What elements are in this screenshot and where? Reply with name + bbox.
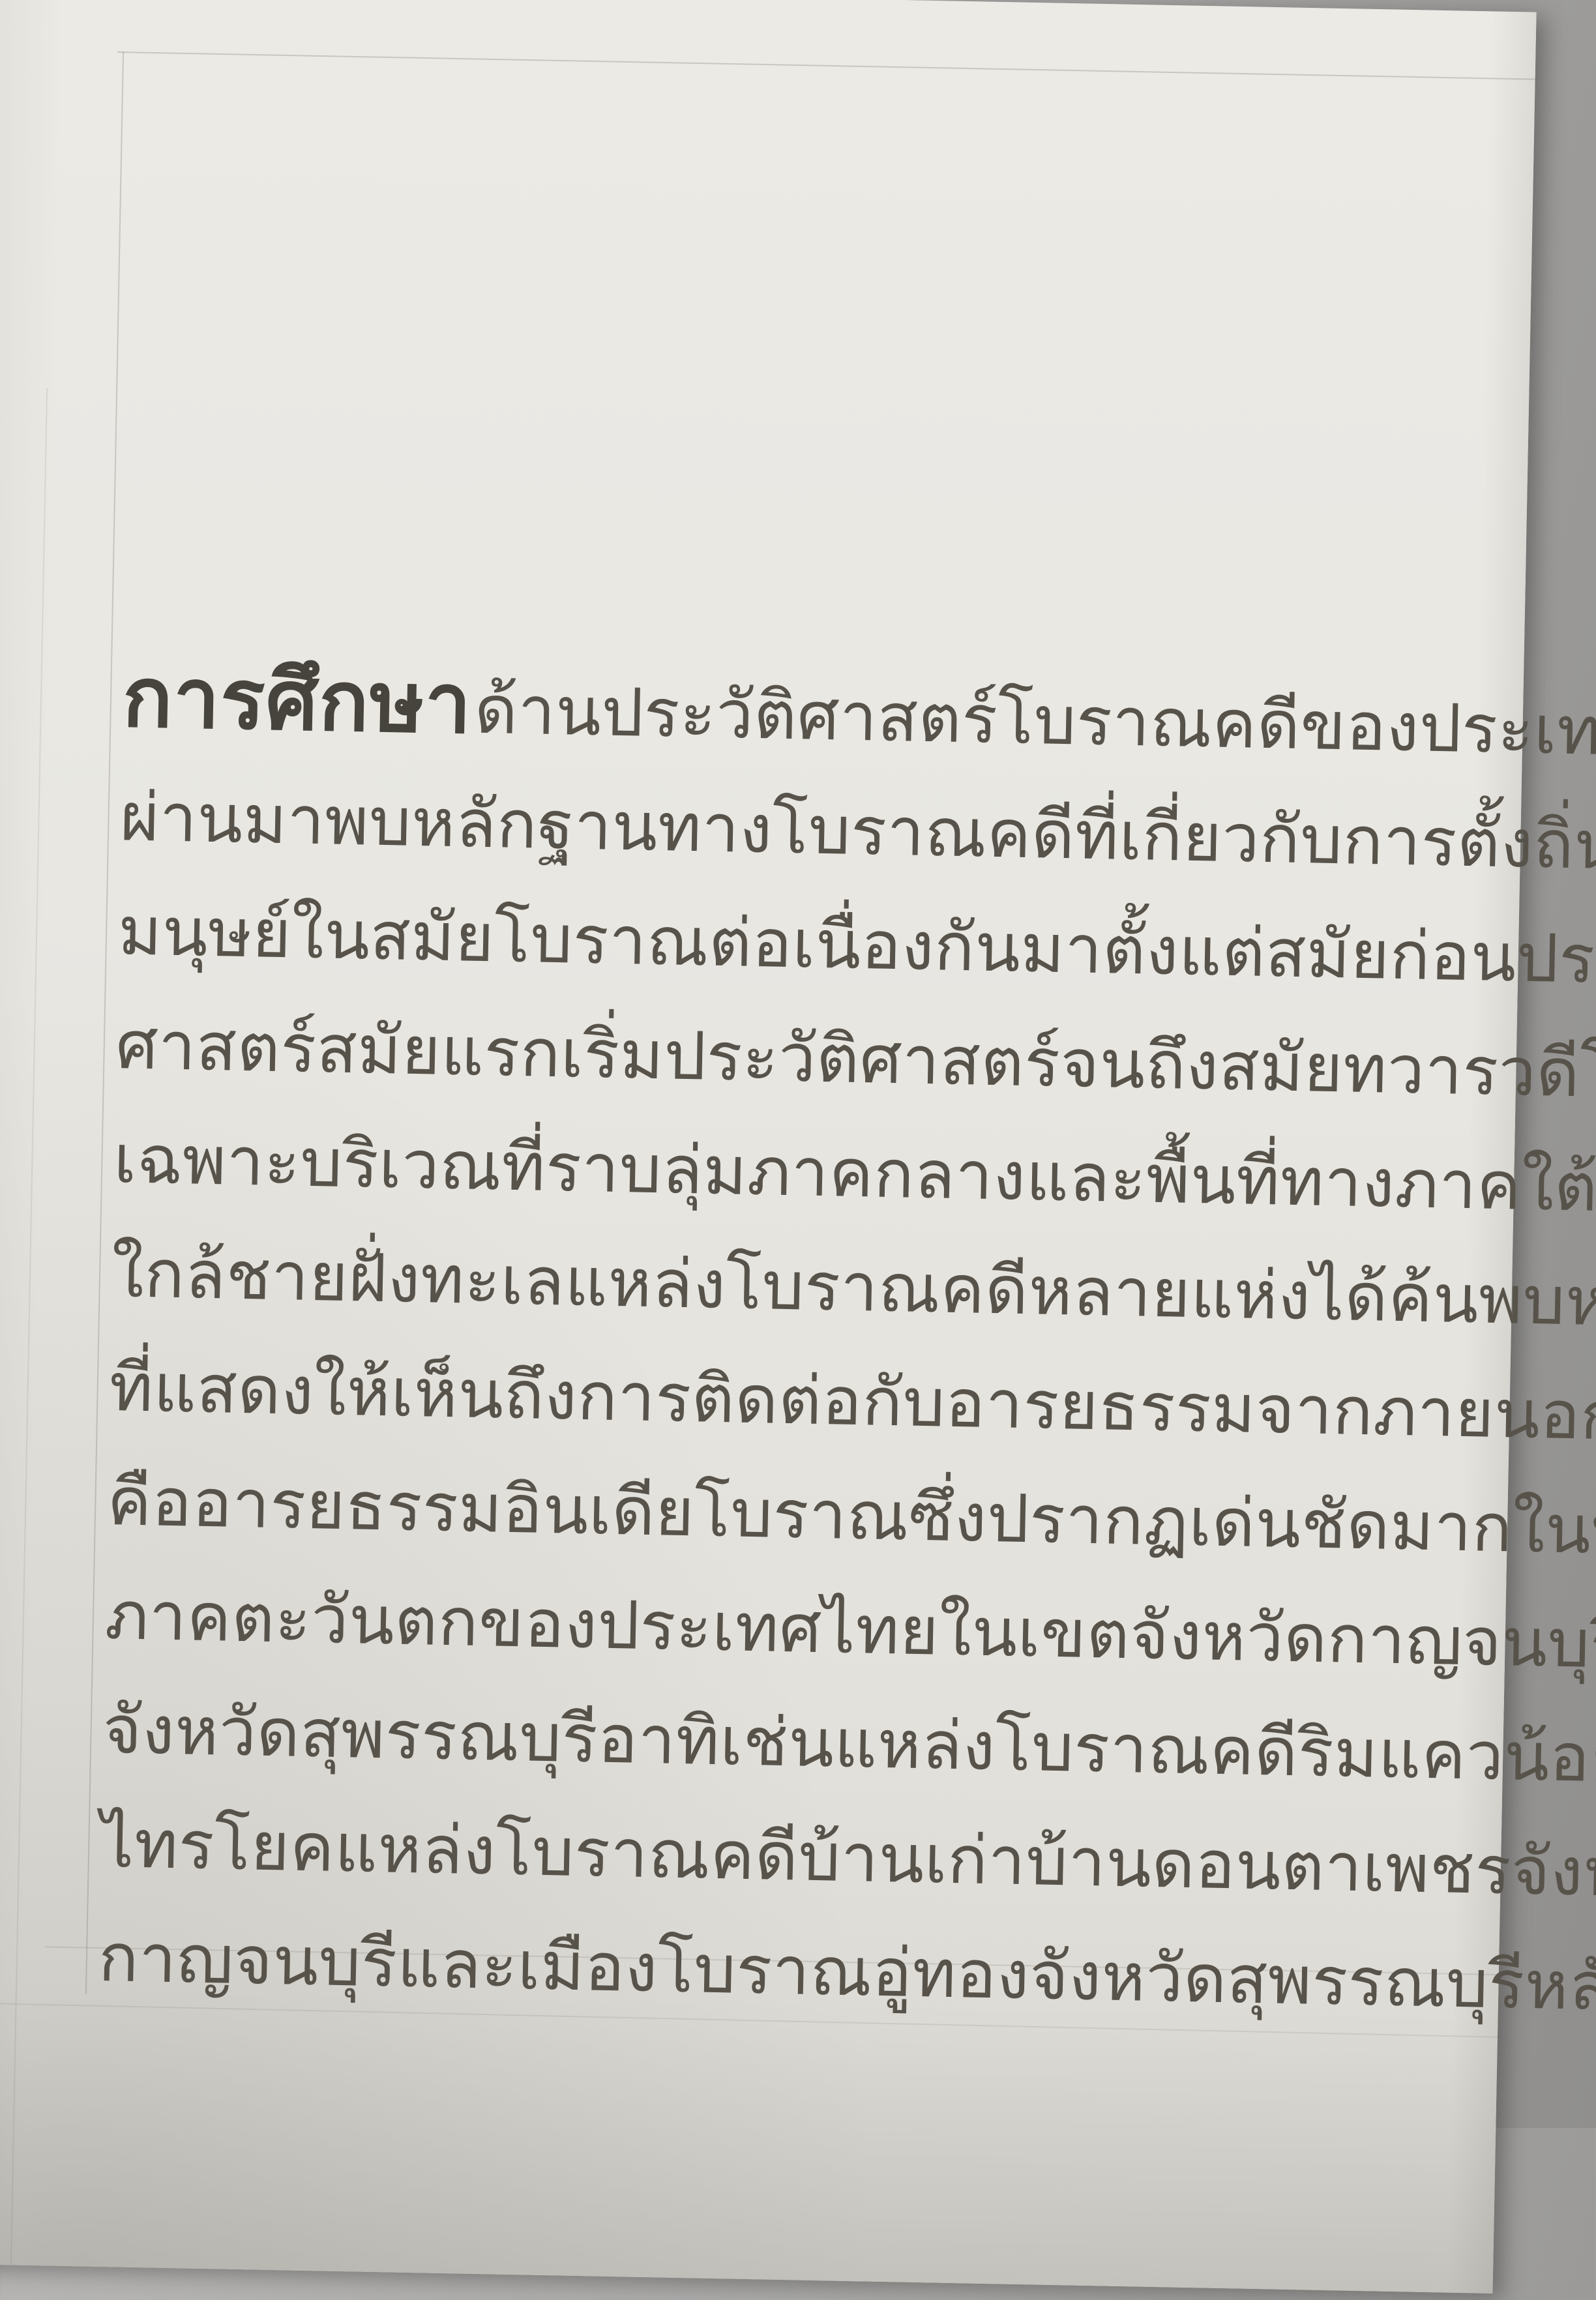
line-text-segment: ไทรโยค bbox=[100, 1787, 336, 1906]
top-margin-line bbox=[117, 52, 1535, 80]
body-paragraph: การศึกษาด้านประวัติศาสตร์โบราณคดีของประเ… bbox=[97, 640, 1525, 2042]
line-text-segment: หลักฐาน bbox=[1524, 1928, 1596, 2047]
line-text-segment: กาญจนบุรี bbox=[97, 1901, 398, 2021]
lead-word: การศึกษา bbox=[122, 651, 476, 750]
line-text-segment: ซึ่งปรากฏเด่นชัดมากในบริเวณ bbox=[908, 1460, 1596, 1591]
line-text-segment: สมัยแรกเริ่มประวัติศาสตร์ bbox=[316, 992, 1061, 1121]
line-text: ด้านประวัติศาสตร์โบราณคดีของประเทศไทยที่ bbox=[474, 673, 1596, 773]
line-text-segment: ผ่านมา bbox=[119, 760, 326, 878]
line-text-segment: คือ bbox=[106, 1445, 194, 1560]
line-text-segment: ใกล้ชายฝั่งทะเล bbox=[110, 1216, 566, 1339]
line-text-segment: จังหวัด bbox=[1510, 1814, 1596, 1932]
line-text-segment: และเมืองโบราณอู่ทอง bbox=[396, 1907, 1031, 2033]
line-text-segment: จังหวัดสุพรรณบุรี bbox=[102, 1673, 599, 1797]
line-text-segment: บ้านดอนตาเพชร bbox=[1025, 1805, 1513, 1928]
line-text-segment: อาทิเช่น bbox=[597, 1683, 835, 1801]
line-text-segment: จังหวัดสุพรรณบุรี bbox=[1028, 1919, 1526, 2042]
line-text-segment: อารยธรรมอินเดียโบราณ bbox=[191, 1447, 909, 1574]
page-fold-line bbox=[10, 388, 48, 2128]
line-text-segment: ภาคตะวันตกของประเทศไทย bbox=[104, 1559, 940, 1689]
line-text-segment: จนถึงสมัยทวารวดี bbox=[1059, 1007, 1581, 1130]
line-text-segment: ศาสตร์ bbox=[115, 988, 318, 1106]
line-text-segment: แหล่งโบราณคดีริมแควน้อย bbox=[833, 1687, 1596, 1816]
book-page: การศึกษาด้านประวัติศาสตร์โบราณคดีของประเ… bbox=[0, 0, 1537, 2128]
line-text-segment: ในเขตจังหวัดกาญจนบุรีต่อกับ bbox=[938, 1575, 1596, 1705]
line-text-segment: แหล่งโบราณคดีบ้านเก่า bbox=[334, 1791, 1027, 1919]
line-text-segment: โดย bbox=[1579, 1016, 1596, 1132]
